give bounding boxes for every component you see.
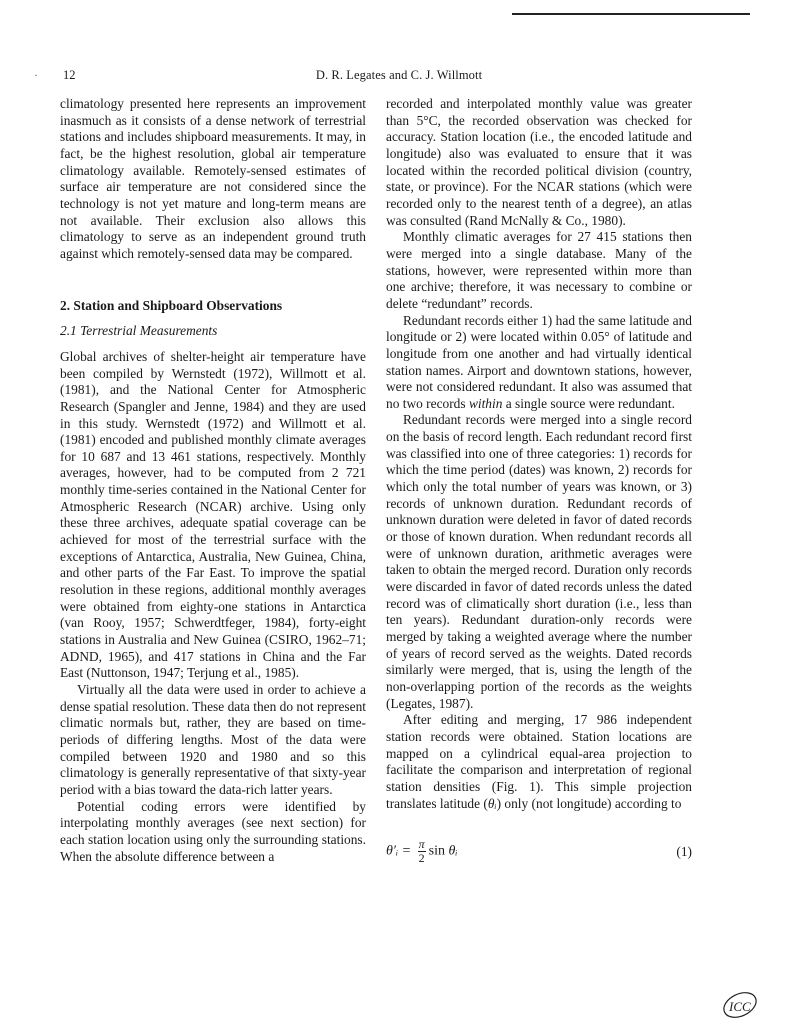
paragraph: Virtually all the data were used in orde… [60, 682, 366, 799]
section-heading: 2. Station and Shipboard Observations [60, 298, 366, 315]
paragraph: Redundant records either 1) had the same… [386, 313, 692, 413]
equation-argument: θᵢ [448, 844, 457, 859]
equation-1: θ′ᵢ = π2sin θᵢ (1) [386, 834, 692, 874]
left-column: climatology presented here represents an… [60, 96, 366, 865]
equation-lhs: θ′ᵢ [386, 844, 398, 859]
fraction: π2 [418, 838, 426, 865]
paragraph: recorded and interpolated monthly value … [386, 96, 692, 229]
emphasis: within [469, 396, 502, 411]
right-column: recorded and interpolated monthly value … [386, 96, 692, 874]
paragraph: After editing and merging, 17 986 indepe… [386, 712, 692, 812]
equation-body: θ′ᵢ = π2sin θᵢ [386, 838, 458, 865]
paragraph: Potential coding errors were identified … [60, 799, 366, 866]
paragraph: Monthly climatic averages for 27 415 sta… [386, 229, 692, 312]
numerator: π [418, 838, 426, 852]
paragraph: Redundant records were merged into a sin… [386, 412, 692, 712]
denominator: 2 [418, 852, 426, 865]
top-scan-rule [512, 13, 750, 15]
sin-function: sin [429, 844, 449, 859]
handwritten-stamp-icon: ICC [720, 990, 760, 1020]
paragraph: Global archives of shelter-height air te… [60, 349, 366, 682]
stamp-text: ICC [728, 999, 751, 1014]
intro-paragraph: climatology presented here represents an… [60, 96, 366, 263]
equals-sign: = [398, 844, 414, 859]
math-variable: θᵢ [488, 796, 497, 811]
text-run: ) only (not longitude) according to [497, 796, 682, 811]
subsection-heading: 2.1 Terrestrial Measurements [60, 323, 366, 340]
equation-number: (1) [676, 844, 692, 861]
running-header-authors: D. R. Legates and C. J. Willmott [0, 68, 798, 83]
text-run: a single source were redundant. [502, 396, 675, 411]
